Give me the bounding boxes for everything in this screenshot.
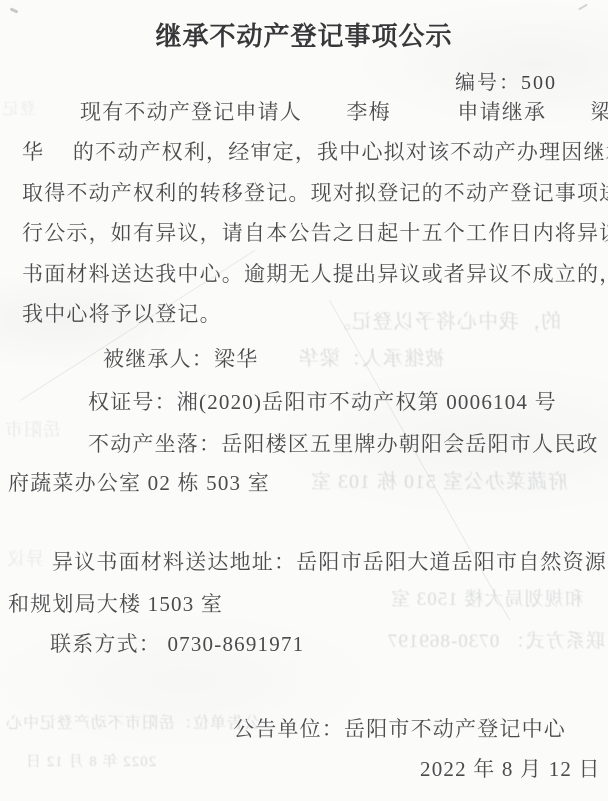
bleed-through-text: 的，我中心将予以登记。 <box>330 305 561 334</box>
body-line: 书面材料送达我中心。逾期无人提出异议或者异议不成立的， <box>22 254 594 294</box>
bleed-through-text: 联系方式： 0730-8691971 <box>385 626 605 653</box>
issue-date-line: 2022 年 8 月 12 日 <box>420 753 601 783</box>
issuing-authority-line: 公告单位：岳阳市不动产登记中心 <box>233 713 566 743</box>
objection-address-line-2: 和规划局大楼 1503 室 <box>8 588 223 618</box>
property-location-line-2: 府蔬菜办公室 02 栋 503 室 <box>8 467 270 497</box>
bleed-through-text: 和规划局大楼 1503 室 <box>390 584 584 611</box>
decedent-line: 被继承人：梁华 <box>103 343 258 373</box>
body-line: 行公示，如有异议，请自本公告之日起十五个工作日内将异议 <box>22 213 594 253</box>
bleed-through-text: 登记 <box>2 96 36 119</box>
bleed-through-text: 公告单位：岳阳市不动产登记中心 <box>5 710 260 733</box>
notice-body-paragraph: 现有不动产登记申请人 李梅 申请继承 梁 华 的不动产权利，经审定，我中心拟对该… <box>22 92 594 334</box>
property-location-line-1: 不动产坐落：岳阳楼区五里牌办朝阳会岳阳市人民政 <box>88 428 599 458</box>
body-line: 华 的不动产权利，经审定，我中心拟对该不动产办理因继承 <box>22 132 594 172</box>
doc-number: 编号：500 <box>455 66 557 95</box>
notice-title: 继承不动产登记事项公示 <box>0 16 608 53</box>
contact-phone-line: 联系方式： 0730-8691971 <box>50 628 304 658</box>
scanned-notice-page: 继承不动产登记事项公示 编号：500 现有不动产登记申请人 李梅 申请继承 梁 … <box>0 0 608 801</box>
body-line: 取得不动产权利的转移登记。现对拟登记的不动产登记事项进 <box>22 173 594 213</box>
body-line: 现有不动产登记申请人 李梅 申请继承 梁 <box>22 92 594 132</box>
bleed-through-text: 被继承人：梁华 <box>298 342 445 371</box>
bleed-through-text: 岳阳市 <box>4 416 61 442</box>
bleed-through-text: 2022 年 8 月 12 日 <box>25 750 156 771</box>
bleed-through-text: 异议 <box>6 545 44 571</box>
certificate-number-line: 权证号：湘(2020)岳阳市不动产权第 0006104 号 <box>88 386 557 416</box>
scan-speck <box>10 7 19 13</box>
scan-speck <box>578 4 588 11</box>
objection-address-line-1: 异议书面材料送达地址：岳阳市岳阳大道岳阳市自然资源 <box>52 546 607 576</box>
bleed-through-text: 府蔬菜办公室 510 栋 103 室 <box>310 465 568 494</box>
